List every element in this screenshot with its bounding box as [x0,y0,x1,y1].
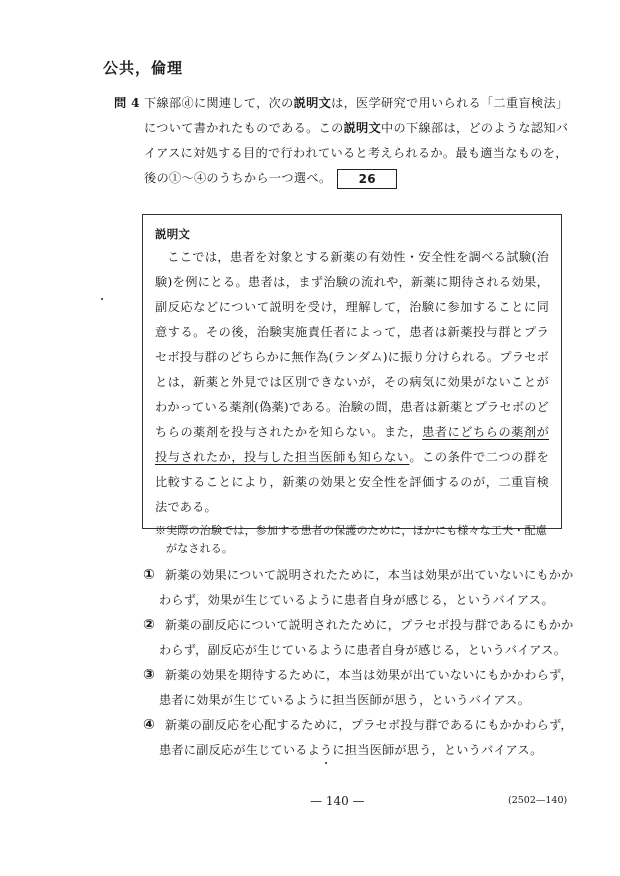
choice-1-line2: わらず，効果が生じているように患者自身が感じる，というバイアス。 [159,588,583,613]
choice-2-line2: わらず，副反応が生じているように患者自身が感じる，というバイアス。 [159,638,583,663]
choice-2[interactable]: ② 新薬の副反応について説明されたために，プラセボ投与群であるにもかか わらず，… [143,613,583,663]
question-4: 問 4 下線部ⓓに関連して，次の説明文は，医学研究で用いられる「二重盲検法」につ… [114,91,574,191]
choice-1-line1: 新薬の効果について説明されたために，本当は効果が出ていないにもかか [165,563,583,588]
choice-3-line1: 新薬の効果を期待するために，本当は効果が出ていないにもかかわらず， [165,663,583,688]
document-code: (2502—140) [508,795,567,806]
explanation-body: ここでは，患者を対象とする新薬の有効性・安全性を調べる試験(治験)を例にとる。患… [155,245,549,520]
answer-number-box: 26 [337,169,397,189]
explanation-note: ※実際の治験では，参加する患者の保護のために，ほかにも様々な工夫・配慮がなされる… [155,522,549,558]
choice-4-line2: 患者に副反応が生じているように担当医師が思う，というバイアス。 [159,738,583,763]
explanation-paragraph: ここでは，患者を対象とする新薬の有効性・安全性を調べる試験(治験)を例にとる。患… [155,245,549,520]
explanation-text-before: ここでは，患者を対象とする新薬の有効性・安全性を調べる試験(治験)を例にとる。患… [155,250,549,439]
choice-4-line1: 新薬の副反応を心配するために，プラセボ投与群であるにもかかわらず， [165,713,583,738]
prompt-bold-1: 説明文 [294,96,331,110]
circled-number-3-icon: ③ [143,663,155,688]
question-number: 問 4 [114,91,140,116]
scan-speck [101,298,103,300]
choice-3-line2: 患者に効果が生じているように担当医師が思う，というバイアス。 [159,688,583,713]
answer-choices: ① 新薬の効果について説明されたために，本当は効果が出ていないにもかか わらず，… [143,563,583,763]
section-title: 公共，倫理 [103,57,183,78]
prompt-bold-2: 説明文 [344,121,381,135]
question-prompt: 下線部ⓓに関連して，次の説明文は，医学研究で用いられる「二重盲検法」について書か… [144,91,574,191]
explanation-box: 説明文 ここでは，患者を対象とする新薬の有効性・安全性を調べる試験(治験)を例に… [142,214,562,529]
choice-2-line1: 新薬の副反応について説明されたために，プラセボ投与群であるにもかか [165,613,583,638]
circled-number-4-icon: ④ [143,713,155,738]
choice-1[interactable]: ① 新薬の効果について説明されたために，本当は効果が出ていないにもかか わらず，… [143,563,583,613]
scan-speck [325,762,327,764]
explanation-title: 説明文 [155,223,549,245]
circled-number-2-icon: ② [143,613,155,638]
choice-4[interactable]: ④ 新薬の副反応を心配するために，プラセボ投与群であるにもかかわらず， 患者に副… [143,713,583,763]
page-number: — 140 — [310,794,365,808]
choice-3[interactable]: ③ 新薬の効果を期待するために，本当は効果が出ていないにもかかわらず， 患者に効… [143,663,583,713]
prompt-text-1: 下線部ⓓに関連して，次の [144,96,294,110]
circled-number-1-icon: ① [143,563,155,588]
